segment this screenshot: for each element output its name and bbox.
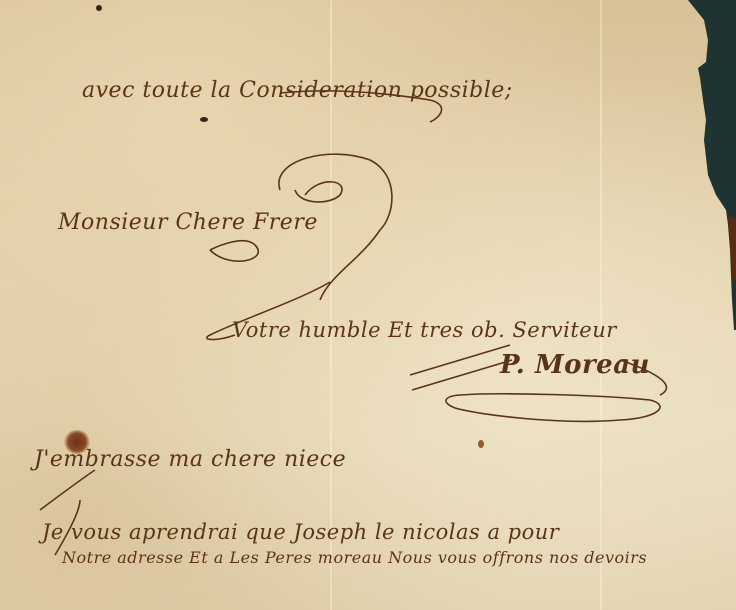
postscript-line-3: Notre adresse Et a Les Peres moreau Nous… (62, 548, 647, 567)
torn-edge (676, 0, 736, 330)
ink-spot (478, 440, 484, 448)
closing-line: avec toute la Consideration possible; (82, 78, 513, 103)
postscript-line-2: Je vous aprendrai que Joseph le nicolas … (42, 520, 559, 544)
postscript-line-1: J'embrasse ma chere niece (34, 447, 346, 472)
ink-spot (200, 117, 208, 122)
salutation-line: Monsieur Chere Frere (58, 210, 318, 235)
servant-line: Votre humble Et tres ob. Serviteur (232, 318, 617, 342)
signature: P. Moreau (500, 350, 650, 380)
ink-spot (96, 5, 102, 11)
fold-crease (600, 0, 602, 610)
